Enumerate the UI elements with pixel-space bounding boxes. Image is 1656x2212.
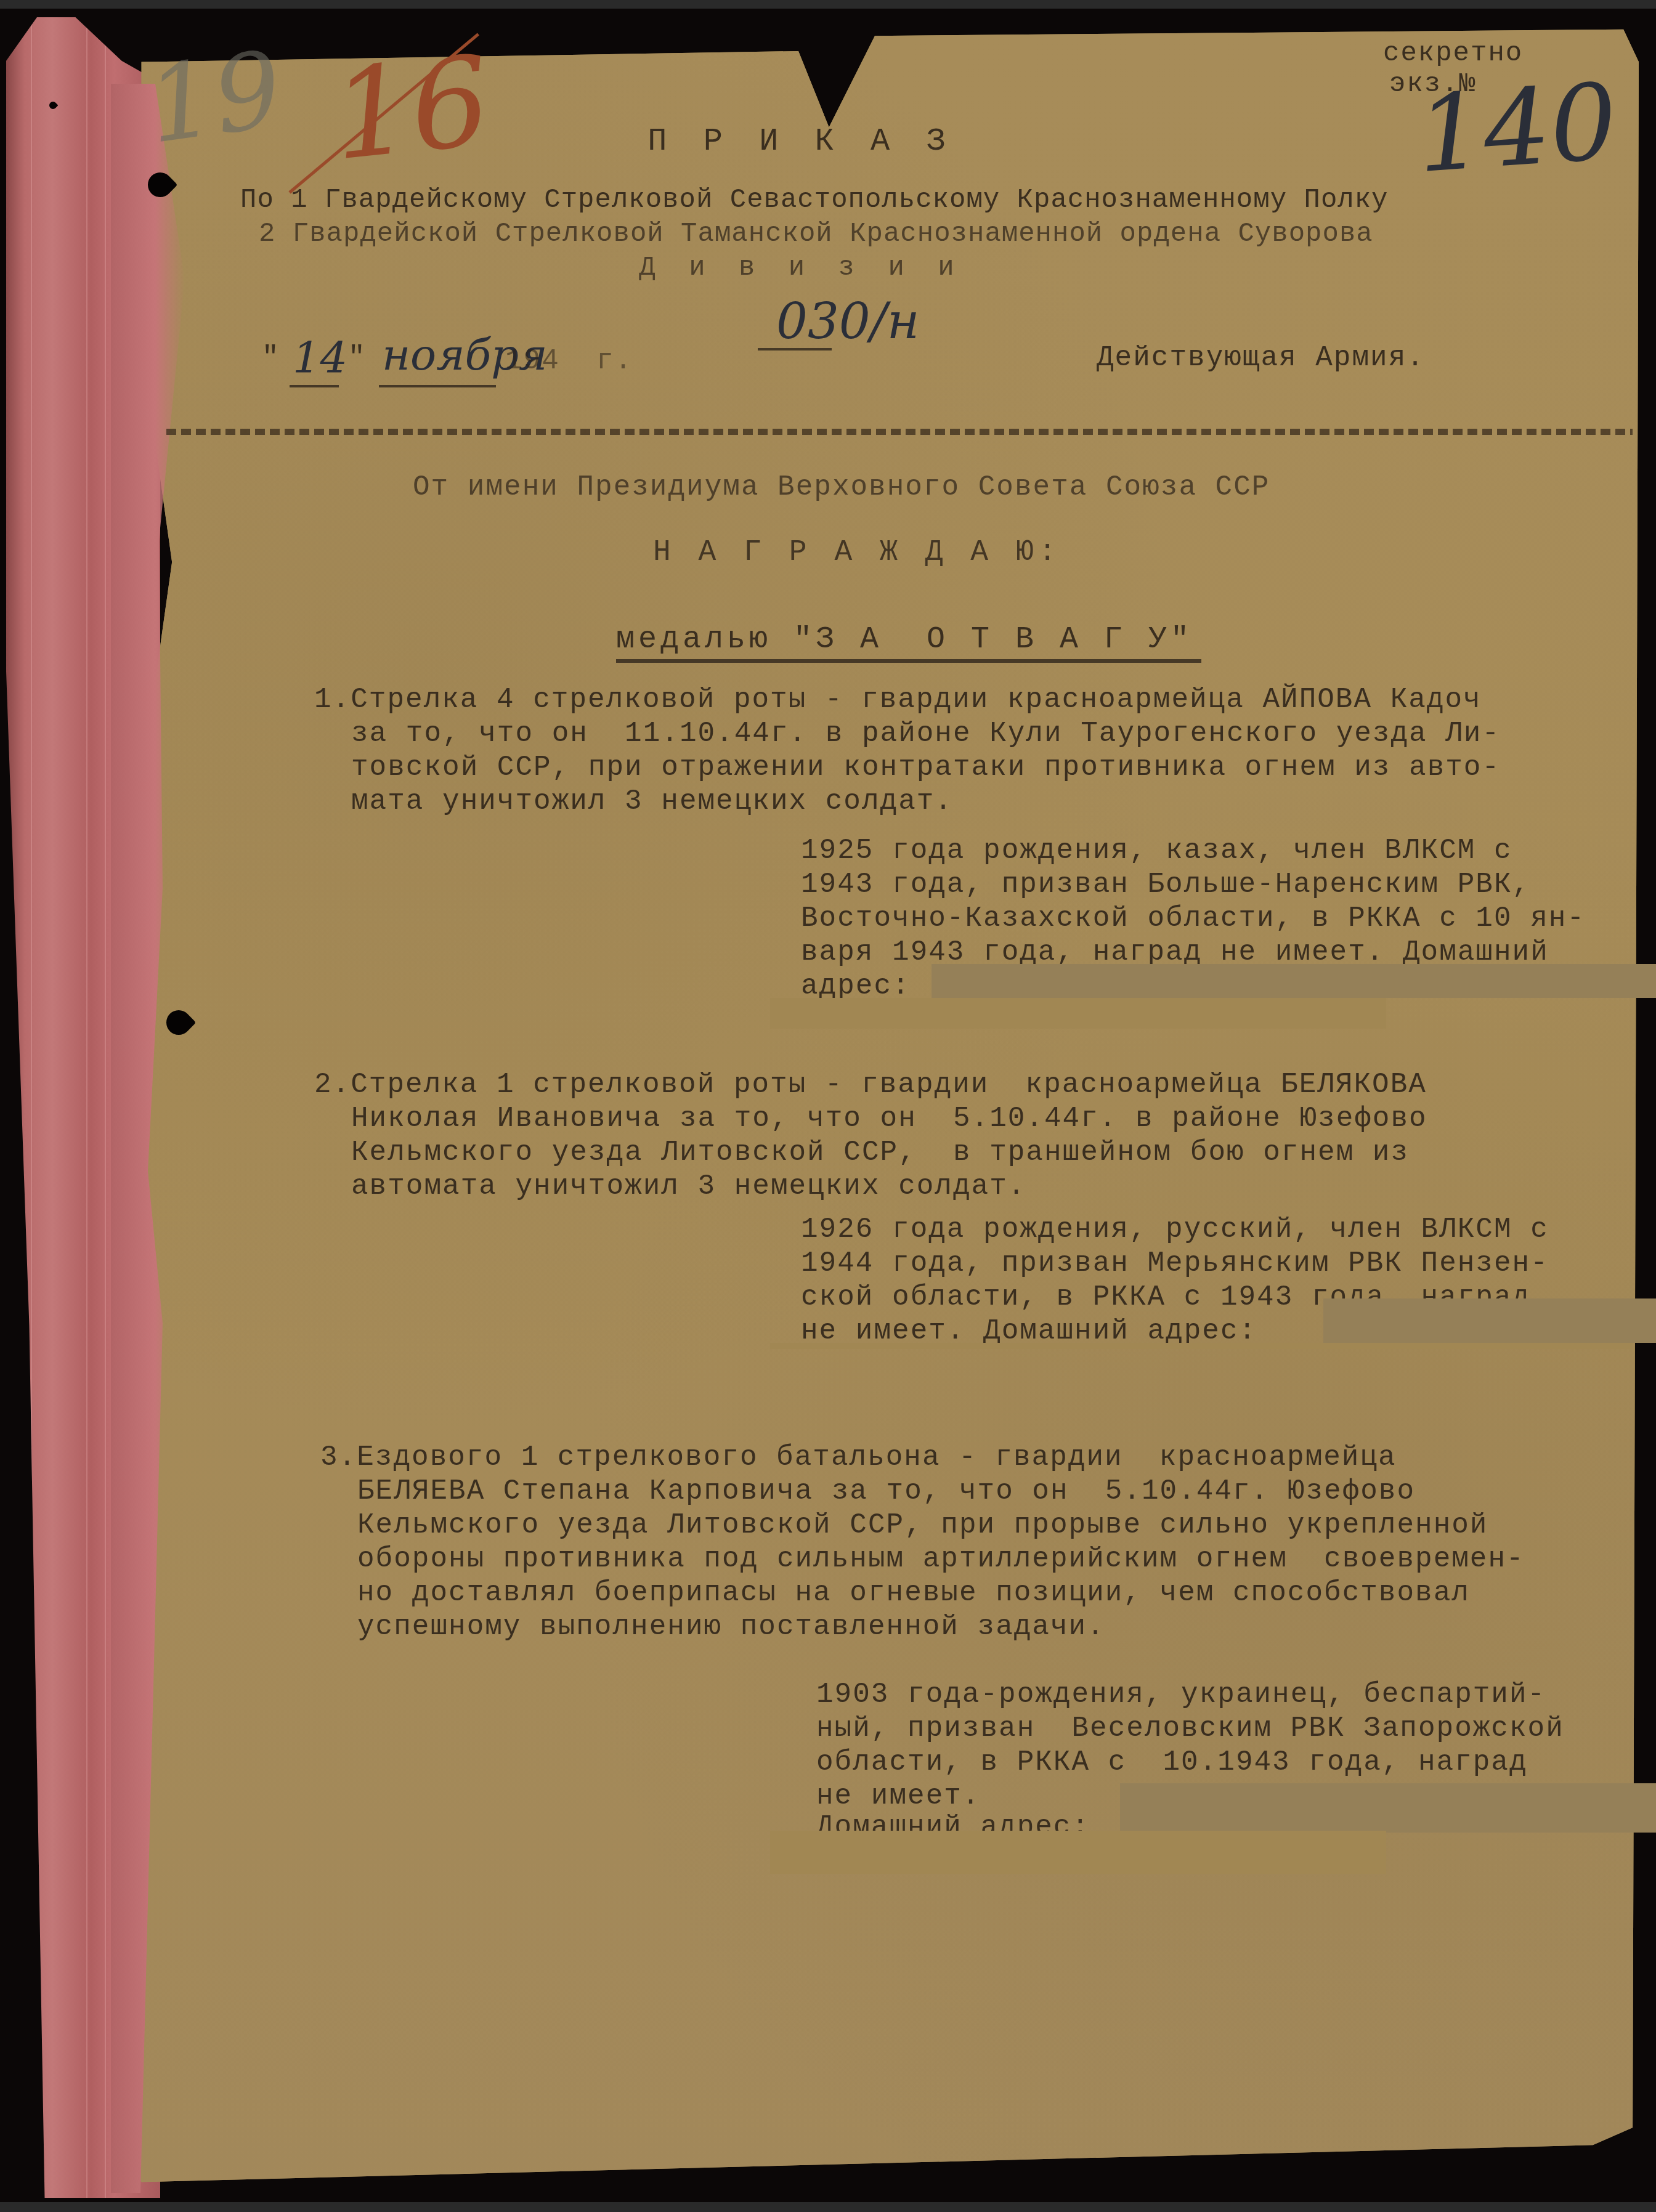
bio-line: 1943 года, призван Больше-Наренским РВК, [801,869,1530,901]
redacted-address [1120,1783,1656,1833]
citation-line: но доставлял боеприпасы на огневые позиц… [357,1577,1470,1609]
date-day: 14 [293,333,347,383]
redacted-address [1323,1298,1656,1343]
archive-folio-red: 16 [326,29,497,188]
bio-line: не имеет. [816,1780,980,1812]
citation-line: автомата уничтожил 3 немецких солдат. [351,1170,1026,1202]
copy-number-handwritten: 140 [1413,61,1621,196]
bio-line: 1903 года-рождения, украинец, беспартий- [816,1679,1546,1711]
document-title: П Р И К А З [554,123,1047,160]
citation-line: мата уничтожил 3 немецких солдат. [351,785,953,817]
redacted-address-band [770,1831,1386,1874]
citation-line: товской ССР, при отражении контратаки пр… [351,752,1500,784]
order-number-underline [758,348,832,350]
date-day-underline [290,385,339,387]
date-open-quote: " [262,342,280,374]
citation-line: обороны противника под сильным артиллери… [357,1543,1525,1575]
date-year: 194 г. [505,345,633,377]
secrecy-stamp: секретно [1383,38,1523,69]
award-verb: Н А Г Р А Ж Д А Ю: [653,536,1061,569]
header-separator [166,429,1633,435]
spine-crease [86,17,87,2198]
spine-crease [105,17,106,2198]
archive-folio-grey: 19 [140,28,289,168]
citation-line: Кельмского уезда Литовской ССР, в транше… [351,1136,1409,1169]
bio-line: Восточно-Казахской области, в РККА с 10 … [801,902,1585,934]
citation-line: 3.Ездового 1 стрелкового батальона - гва… [320,1441,1397,1473]
scan-top-border [0,0,1656,9]
citation-line: успешному выполнению поставленной задачи… [357,1611,1105,1643]
redacted-address-band [770,1343,1633,1349]
bio-line: 1926 года рождения, русский, член ВЛКСМ … [801,1213,1549,1246]
citation-line: Кельмского уезда Литовской ССР, при прор… [357,1509,1488,1541]
bio-line: ный, призван Веселовским РВК Запорожской [816,1712,1564,1744]
date-close-quote: " [348,342,367,374]
citation-line: БЕЛЯЕВА Степана Карповича за то, что он … [357,1475,1415,1507]
order-number: 030/н [776,293,919,350]
date-month-underline [379,385,496,387]
on-behalf-line: От имени Президиума Верховного Совета Со… [413,471,1270,503]
award-name: медалью "З А О Т В А Г У" [616,622,1193,657]
redacted-address [931,964,1656,998]
scan-bottom-border [0,2202,1656,2212]
citation-line: 1.Стрелка 4 стрелковой роты - гвардии кр… [314,684,1482,716]
bio-line: области, в РККА с 10.1943 года, наград [816,1746,1528,1778]
award-name-underline [616,659,1201,663]
citation-line: за то, что он 11.10.44г. в районе Кули Т… [351,718,1500,750]
addressee-line-3: Д и в и з и и [554,253,1047,283]
spine-crease [31,17,32,2198]
location: Действующая Армия. [1097,342,1425,374]
addressee-line-1: По 1 Гвардейскому Стрелковой Севастополь… [240,185,1389,216]
addressee-line-2: 2 Гвардейской Стрелковой Таманской Красн… [259,219,1373,249]
bio-line: 1944 года, призван Мерьянским РВК Пензен… [801,1247,1549,1279]
redacted-address-band [770,998,1386,1029]
citation-line: 2.Стрелка 1 стрелковой роты - гвардии кр… [314,1069,1427,1101]
citation-line: Николая Ивановича за то, что он 5.10.44г… [351,1103,1427,1135]
bio-line: 1925 года рождения, казах, член ВЛКСМ с [801,835,1512,867]
